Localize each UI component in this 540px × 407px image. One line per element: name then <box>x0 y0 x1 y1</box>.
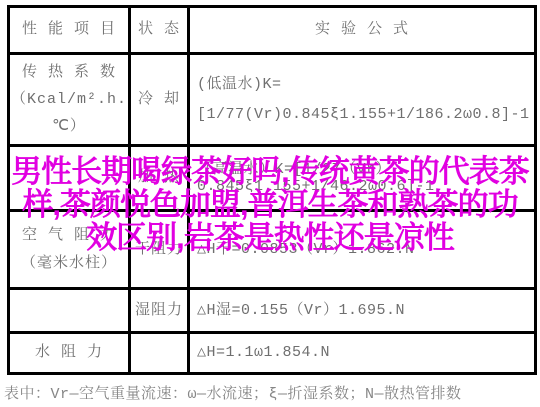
state-label: 湿阻力 <box>135 302 183 319</box>
state-label: 冷 却 <box>138 91 180 108</box>
cell-state-cooling: 冷 却 <box>131 55 190 147</box>
item-line: （毫米水柱） <box>21 255 117 272</box>
item-line: ℃） <box>52 118 86 135</box>
watermark-line: 样,茶颜悦色加盟,普洱生茶和熟茶的功 <box>0 188 540 221</box>
item-line: （Kcal/m².h. <box>11 91 127 108</box>
cell-state-wet-resistance: 湿阻力 <box>131 290 190 334</box>
formula-line: △H=1.1ω1.854.N <box>197 344 330 361</box>
watermark-overlay-text: 男性长期喝绿茶好吗,传统黄茶的代表茶 样,茶颜悦色加盟,普洱生茶和熟茶的功 效区… <box>0 155 540 254</box>
item-line: 水 阻 力 <box>35 344 103 361</box>
cell-formula-cooling: (低温水)K= [1/77(Vr)0.845ξ1.155+1/186.2ω0.8… <box>190 55 534 147</box>
formula-line: △H湿=0.155（Vr）1.695.N <box>197 302 405 319</box>
cell-item-water-resistance: 水 阻 力 <box>10 334 131 372</box>
cell-state-empty <box>131 334 190 372</box>
table-footnote-legend: 表中：Vr—空气重量流速：ω—水流速；ξ—折湿系数；N—散热管排数 <box>4 382 536 403</box>
item-line: 传 热 系 数 <box>22 64 116 81</box>
watermark-line: 效区别,岩茶是热性还是凉性 <box>0 221 540 254</box>
cell-item-empty <box>10 290 131 334</box>
header-formula: 实 验 公 式 <box>190 8 534 55</box>
cell-item-heat-transfer: 传 热 系 数 （Kcal/m².h. ℃） <box>10 55 131 147</box>
formula-line: [1/77(Vr)0.845ξ1.155+1/186.2ω0.8]-1 <box>197 106 530 123</box>
formula-line: (低温水)K= <box>197 76 282 93</box>
header-state: 状 态 <box>131 8 190 55</box>
cell-formula-water-resistance: △H=1.1ω1.854.N <box>190 334 534 372</box>
watermark-line: 男性长期喝绿茶好吗,传统黄茶的代表茶 <box>0 155 540 188</box>
cell-formula-wet-resistance: △H湿=0.155（Vr）1.695.N <box>190 290 534 334</box>
header-performance-item: 性 能 项 目 <box>10 8 131 55</box>
